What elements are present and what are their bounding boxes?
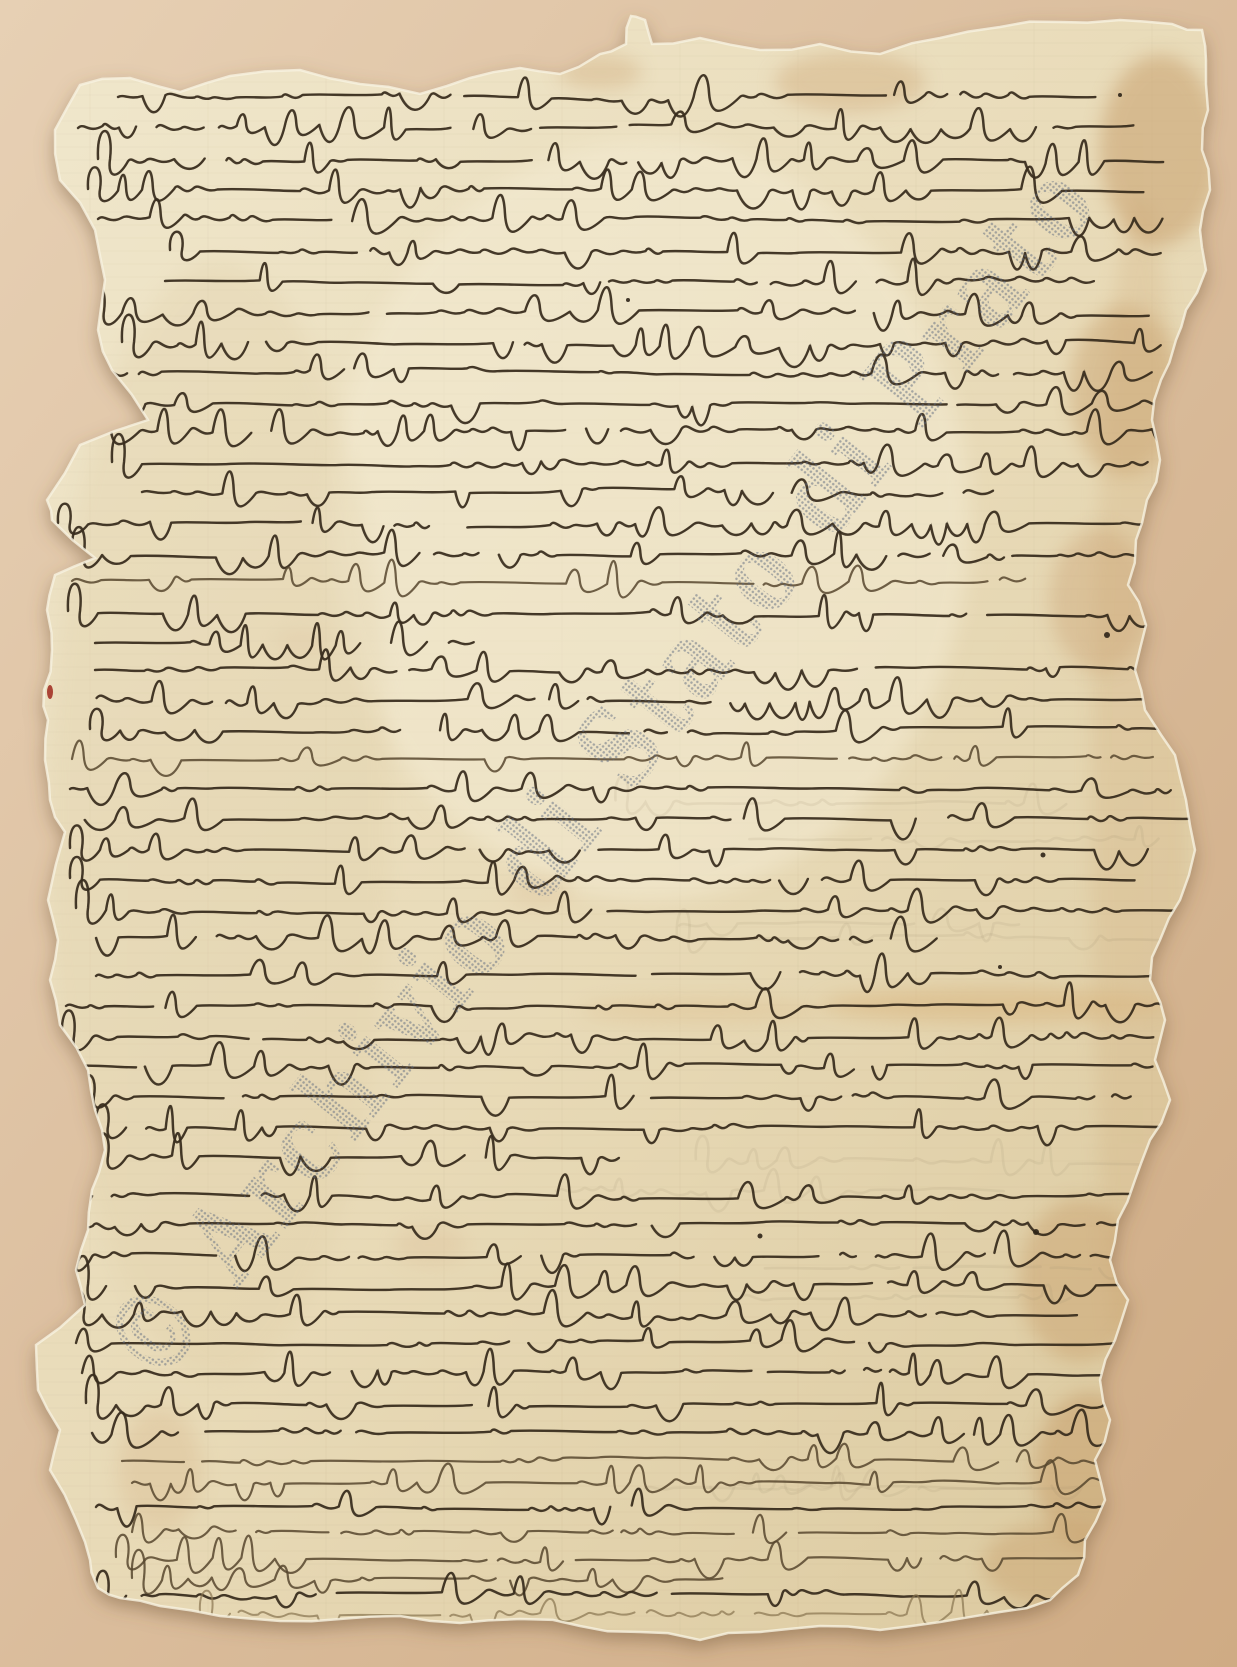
ink-speck — [998, 965, 1002, 969]
ink-speck — [1104, 632, 1110, 638]
red-ink-mark — [47, 685, 53, 699]
ink-speck — [1118, 93, 1122, 97]
manuscript-scan: © Archivio di Stato di Prato — [0, 0, 1237, 1667]
scene-svg: © Archivio di Stato di Prato — [0, 0, 1237, 1667]
ink-speck — [1033, 1229, 1039, 1235]
ink-speck — [758, 1234, 763, 1239]
ink-speck — [626, 298, 630, 302]
ink-speck — [1041, 853, 1046, 858]
